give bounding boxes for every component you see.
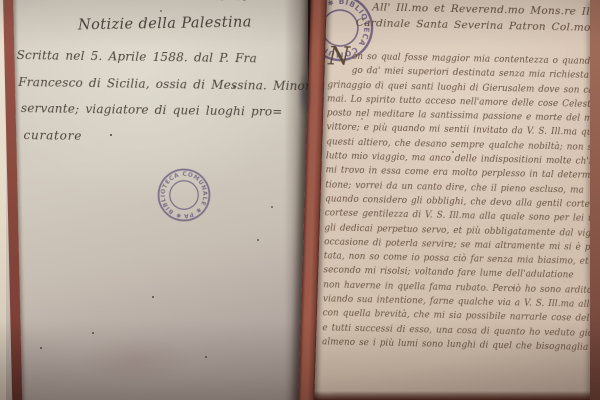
library-stamp: ✱ BIBLIOTECA COMUNALE ✱ PALERMO <box>149 160 218 229</box>
manuscript-title: Notizie della Palestina <box>78 14 252 33</box>
right-manuscript-page: ✱ BIBLIOTECA COMUNALE ✱ PALERMO All' Ill… <box>314 0 594 400</box>
letter-dedication-heading: All' Ill.mo et Reverend.mo Mons.re Il Si… <box>314 0 594 34</box>
binding-smudge <box>296 70 314 130</box>
bottom-frame-edge <box>314 391 594 400</box>
ink-specks <box>0 0 2 2</box>
heading-line: All' Ill.mo et Reverend.mo Mons.re Il Si… <box>372 1 594 18</box>
manuscript-line: Scritta nel 5. Aprile 1588. dal P. Fra <box>17 48 305 66</box>
manuscript-photo: ~ ~~~ ~~ ~ Notizie della Palestina Scrit… <box>0 0 600 400</box>
manuscript-line: servante; viagiatore di quei luoghi pro= <box>21 101 304 119</box>
paper-stain <box>60 330 210 390</box>
body-lines: go da' miei superiori destinata senza mi… <box>322 64 586 355</box>
heading-line: Cardinale Santa Severina Patron Col.mo <box>356 17 594 34</box>
stamp-inner-ring <box>168 179 200 211</box>
right-frame-strip <box>590 0 600 400</box>
title-page-text: Scritta nel 5. Aprile 1588. dal P. FraFr… <box>15 48 304 158</box>
letter-body-text: Non so qual fosse maggior mia contentezz… <box>322 49 586 355</box>
manuscript-line: Francesco di Sicilia, ossia di Messina. … <box>18 75 304 93</box>
illegible-cropped-line: ~ ~~~ ~~ ~ <box>126 0 252 8</box>
manuscript-line: curatore <box>23 128 303 146</box>
